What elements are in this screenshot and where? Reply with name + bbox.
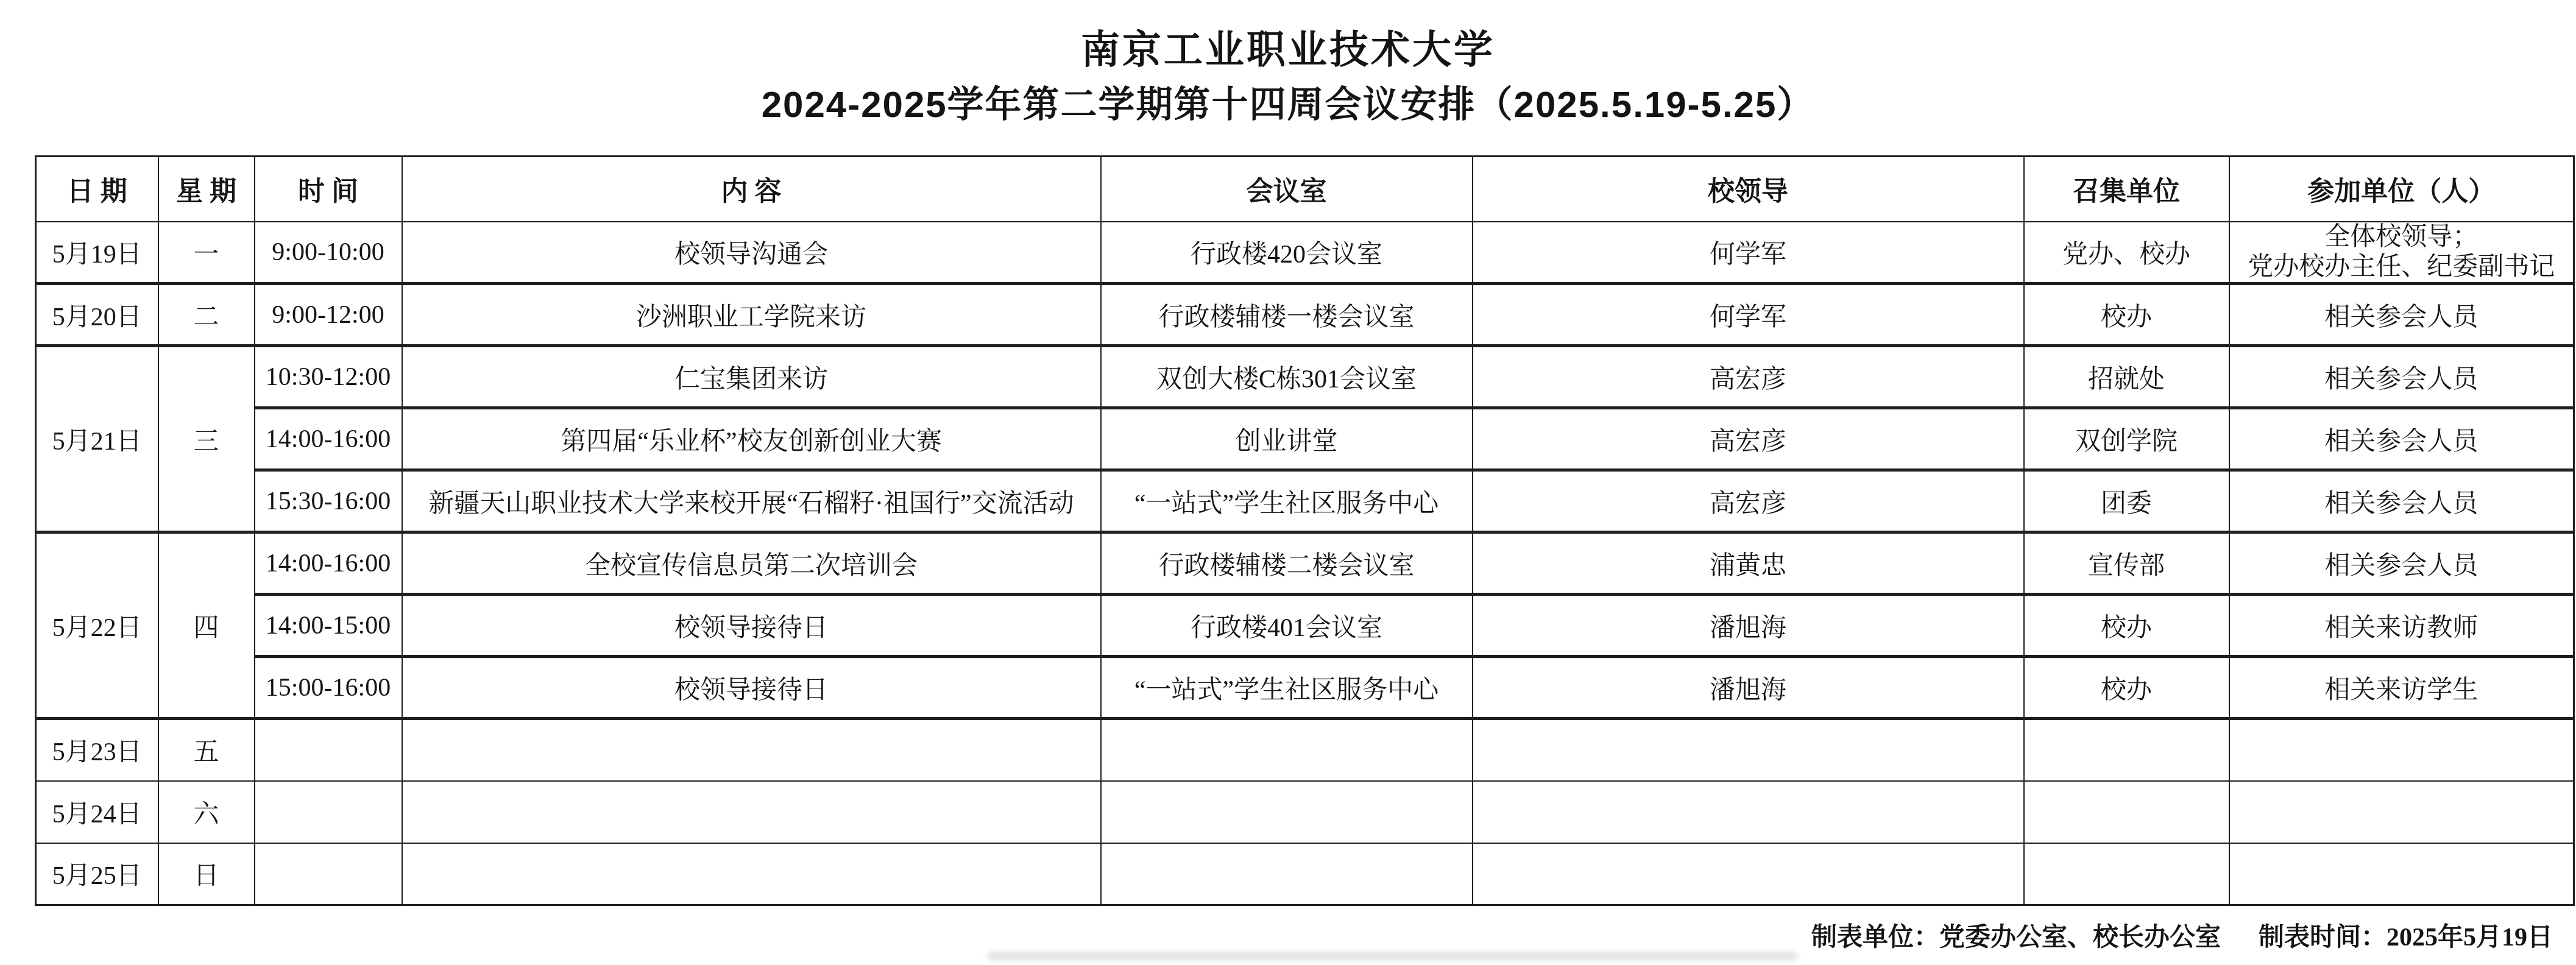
content-cell: 校领导沟通会 bbox=[402, 222, 1101, 284]
table-footer: 制表单位：党委办公室、校长办公室制表时间：2025年5月19日 bbox=[1811, 917, 2553, 953]
page-title: 南京工业职业技术大学 bbox=[0, 18, 2576, 74]
leader-cell: 高宏彦 bbox=[1473, 470, 2024, 532]
participants-cell: 相关参会人员 bbox=[2229, 408, 2574, 470]
content-cell: 沙洲职业工学院来访 bbox=[402, 284, 1101, 346]
time-cell: 14:00-16:00 bbox=[255, 532, 402, 595]
col-header-leader: 校领导 bbox=[1473, 157, 2024, 222]
room-cell bbox=[1101, 843, 1473, 905]
leader-cell: 何学军 bbox=[1473, 222, 2024, 284]
table-row: 5月20日 二 9:00-12:00 沙洲职业工学院来访 行政楼辅楼一楼会议室 … bbox=[36, 284, 2574, 346]
participants-cell: 相关来访教师 bbox=[2229, 595, 2574, 657]
week-cell: 六 bbox=[158, 781, 255, 843]
leader-cell bbox=[1473, 843, 2024, 905]
organizer-cell: 校办 bbox=[2024, 284, 2229, 346]
room-cell: “一站式”学生社区服务中心 bbox=[1101, 657, 1473, 719]
time-cell: 9:00-12:00 bbox=[255, 284, 402, 346]
table-row: 15:30-16:00 新疆天山职业技术大学来校开展“石榴籽·祖国行”交流活动 … bbox=[36, 470, 2574, 532]
participants-cell bbox=[2229, 843, 2574, 905]
participants-cell bbox=[2229, 719, 2574, 781]
participants-cell: 相关参会人员 bbox=[2229, 346, 2574, 408]
room-cell bbox=[1101, 719, 1473, 781]
table-row: 14:00-16:00 第四届“乐业杯”校友创新创业大赛 创业讲堂 高宏彦 双创… bbox=[36, 408, 2574, 470]
organizer-cell: 党办、校办 bbox=[2024, 222, 2229, 284]
col-header-time: 时 间 bbox=[255, 157, 402, 222]
date-cell: 5月25日 bbox=[36, 843, 158, 905]
table-row: 14:00-15:00 校领导接待日 行政楼401会议室 潘旭海 校办 相关来访… bbox=[36, 595, 2574, 657]
time-cell bbox=[255, 781, 402, 843]
date-cell: 5月23日 bbox=[36, 719, 158, 781]
participants-cell: 相关参会人员 bbox=[2229, 284, 2574, 346]
table-row: 5月24日 六 bbox=[36, 781, 2574, 843]
participants-cell: 相关参会人员 bbox=[2229, 532, 2574, 595]
date-cell: 5月19日 bbox=[36, 222, 158, 284]
content-cell bbox=[402, 719, 1101, 781]
time-cell: 10:30-12:00 bbox=[255, 346, 402, 408]
week-cell: 四 bbox=[158, 532, 255, 719]
page-subtitle: 2024-2025学年第二学期第十四周会议安排（2025.5.19-5.25） bbox=[0, 76, 2576, 128]
content-cell: 第四届“乐业杯”校友创新创业大赛 bbox=[402, 408, 1101, 470]
organizer-cell: 招就处 bbox=[2024, 346, 2229, 408]
content-cell: 新疆天山职业技术大学来校开展“石榴籽·祖国行”交流活动 bbox=[402, 470, 1101, 532]
room-cell bbox=[1101, 781, 1473, 843]
content-cell bbox=[402, 781, 1101, 843]
organizer-cell bbox=[2024, 843, 2229, 905]
leader-cell: 何学军 bbox=[1473, 284, 2024, 346]
participants-cell: 全体校领导； 党办校办主任、纪委副书记 bbox=[2229, 222, 2574, 284]
table-row: 5月25日 日 bbox=[36, 843, 2574, 905]
leader-cell: 潘旭海 bbox=[1473, 595, 2024, 657]
time-cell bbox=[255, 843, 402, 905]
table-row: 5月23日 五 bbox=[36, 719, 2574, 781]
table-row: 15:00-16:00 校领导接待日 “一站式”学生社区服务中心 潘旭海 校办 … bbox=[36, 657, 2574, 719]
date-cell: 5月24日 bbox=[36, 781, 158, 843]
scan-artifact bbox=[987, 952, 1797, 960]
col-header-content: 内 容 bbox=[402, 157, 1101, 222]
organizer-cell: 校办 bbox=[2024, 657, 2229, 719]
room-cell: 双创大楼C栋301会议室 bbox=[1101, 346, 1473, 408]
leader-cell bbox=[1473, 781, 2024, 843]
organizer-cell bbox=[2024, 781, 2229, 843]
date-cell: 5月22日 bbox=[36, 532, 158, 719]
organizer-cell: 双创学院 bbox=[2024, 408, 2229, 470]
organizer-cell: 校办 bbox=[2024, 595, 2229, 657]
time-cell: 15:00-16:00 bbox=[255, 657, 402, 719]
content-cell: 全校宣传信息员第二次培训会 bbox=[402, 532, 1101, 595]
content-cell: 仁宝集团来访 bbox=[402, 346, 1101, 408]
content-cell: 校领导接待日 bbox=[402, 595, 1101, 657]
col-header-room: 会议室 bbox=[1101, 157, 1473, 222]
leader-cell: 潘旭海 bbox=[1473, 657, 2024, 719]
col-header-organizer: 召集单位 bbox=[2024, 157, 2229, 222]
col-header-participants: 参加单位（人） bbox=[2229, 157, 2574, 222]
time-cell: 14:00-16:00 bbox=[255, 408, 402, 470]
footer-made-time: 制表时间：2025年5月19日 bbox=[2259, 924, 2553, 952]
room-cell: 行政楼401会议室 bbox=[1101, 595, 1473, 657]
time-cell: 14:00-15:00 bbox=[255, 595, 402, 657]
date-cell: 5月20日 bbox=[36, 284, 158, 346]
time-cell bbox=[255, 719, 402, 781]
organizer-cell bbox=[2024, 719, 2229, 781]
leader-cell: 高宏彦 bbox=[1473, 346, 2024, 408]
table-row: 5月22日 四 14:00-16:00 全校宣传信息员第二次培训会 行政楼辅楼二… bbox=[36, 532, 2574, 595]
week-cell: 二 bbox=[158, 284, 255, 346]
participants-cell bbox=[2229, 781, 2574, 843]
leader-cell: 高宏彦 bbox=[1473, 408, 2024, 470]
table-row: 5月21日 三 10:30-12:00 仁宝集团来访 双创大楼C栋301会议室 … bbox=[36, 346, 2574, 408]
meeting-schedule-table: 日 期 星 期 时 间 内 容 会议室 校领导 召集单位 参加单位（人） 5月1… bbox=[35, 155, 2575, 906]
room-cell: 创业讲堂 bbox=[1101, 408, 1473, 470]
leader-cell bbox=[1473, 719, 2024, 781]
footer-maker-unit: 制表单位：党委办公室、校长办公室 bbox=[1811, 924, 2221, 952]
col-header-date: 日 期 bbox=[36, 157, 158, 222]
participants-cell: 相关参会人员 bbox=[2229, 470, 2574, 532]
room-cell: 行政楼辅楼一楼会议室 bbox=[1101, 284, 1473, 346]
participants-cell: 相关来访学生 bbox=[2229, 657, 2574, 719]
content-cell bbox=[402, 843, 1101, 905]
time-cell: 9:00-10:00 bbox=[255, 222, 402, 284]
week-cell: 五 bbox=[158, 719, 255, 781]
week-cell: 日 bbox=[158, 843, 255, 905]
header-row: 日 期 星 期 时 间 内 容 会议室 校领导 召集单位 参加单位（人） bbox=[36, 157, 2574, 222]
room-cell: 行政楼辅楼二楼会议室 bbox=[1101, 532, 1473, 595]
col-header-week: 星 期 bbox=[158, 157, 255, 222]
room-cell: 行政楼420会议室 bbox=[1101, 222, 1473, 284]
room-cell: “一站式”学生社区服务中心 bbox=[1101, 470, 1473, 532]
leader-cell: 浦黄忠 bbox=[1473, 532, 2024, 595]
table-row: 5月19日 一 9:00-10:00 校领导沟通会 行政楼420会议室 何学军 … bbox=[36, 222, 2574, 284]
week-cell: 一 bbox=[158, 222, 255, 284]
content-cell: 校领导接待日 bbox=[402, 657, 1101, 719]
week-cell: 三 bbox=[158, 346, 255, 532]
organizer-cell: 宣传部 bbox=[2024, 532, 2229, 595]
time-cell: 15:30-16:00 bbox=[255, 470, 402, 532]
date-cell: 5月21日 bbox=[36, 346, 158, 532]
organizer-cell: 团委 bbox=[2024, 470, 2229, 532]
